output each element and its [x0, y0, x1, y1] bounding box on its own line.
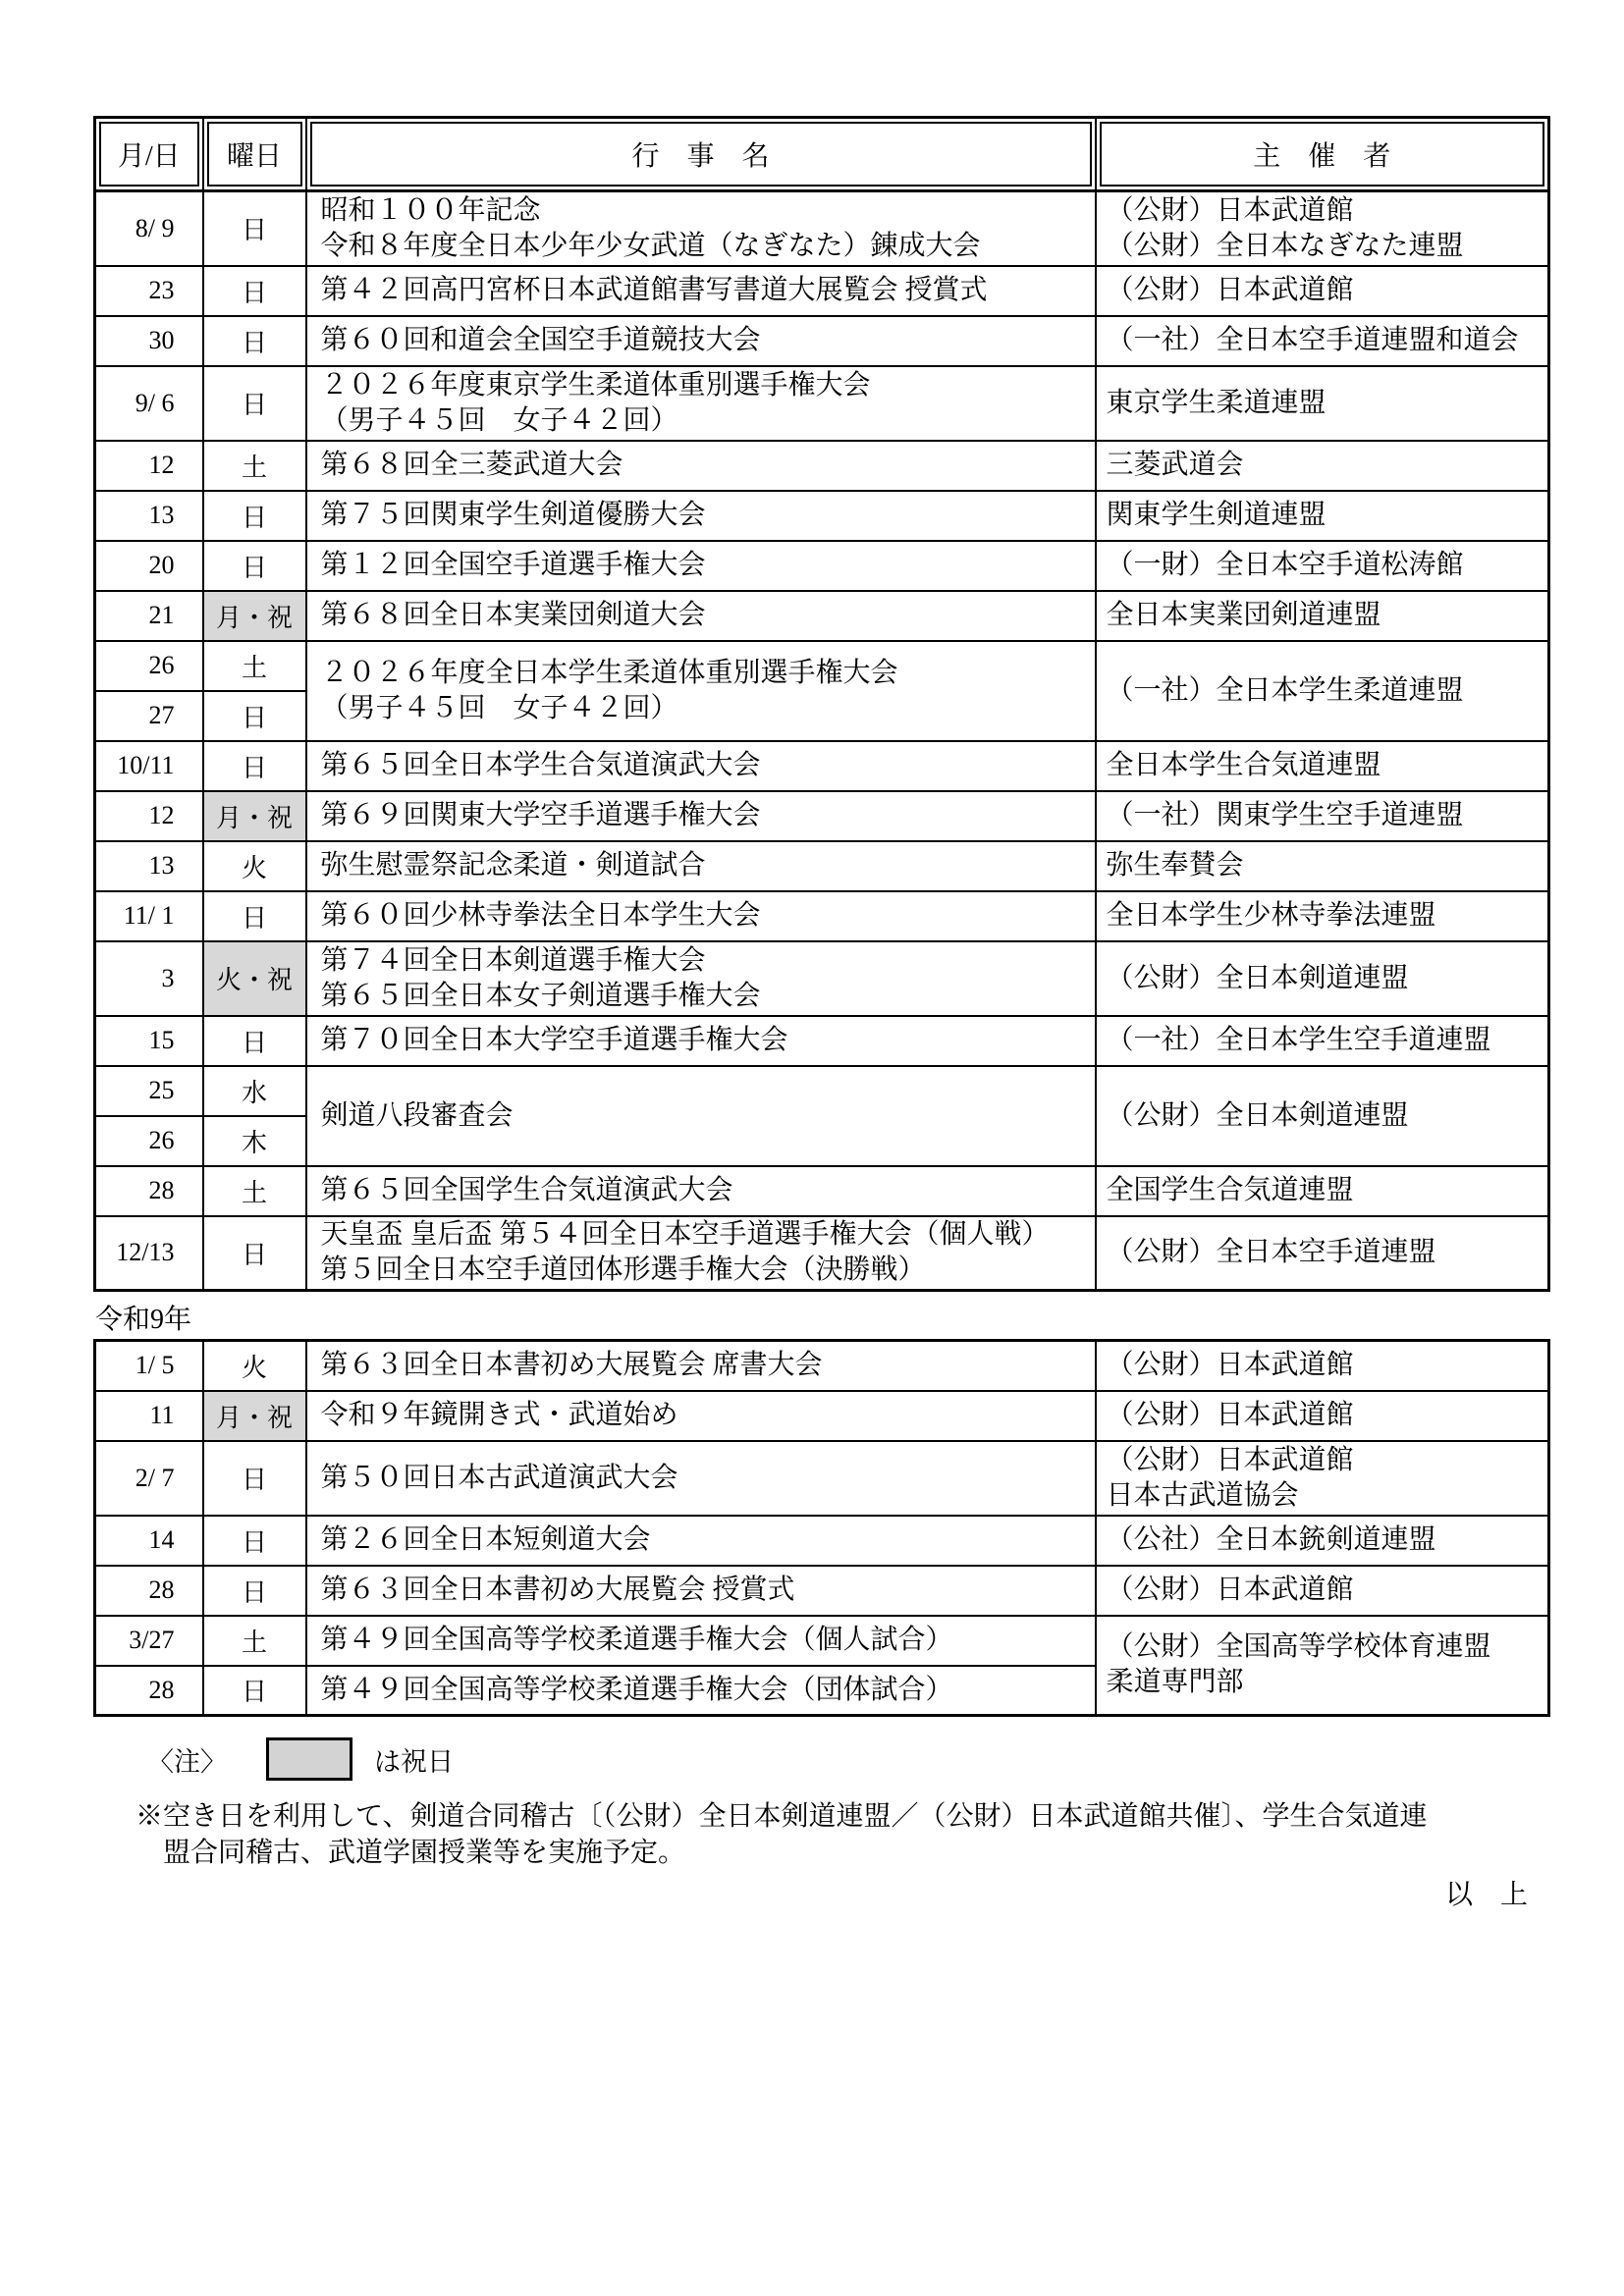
day-cell: 日 [203, 1566, 306, 1616]
table-row: 13火弥生慰霊祭記念柔道・剣道試合弥生奉賛会 [95, 841, 1549, 891]
day-cell: 日 [203, 1441, 306, 1516]
day-cell: 水 [203, 1066, 306, 1116]
organizer-cell: 弥生奉賛会 [1096, 841, 1549, 891]
day-cell: 土 [203, 1166, 306, 1216]
holiday-color-swatch [266, 1737, 352, 1781]
closing-text: 以 上 [93, 1873, 1547, 1912]
date-cell: 13 [95, 841, 203, 891]
header-event: 行 事 名 [306, 118, 1096, 191]
date-cell: 12/13 [95, 1216, 203, 1291]
date-cell: 28 [95, 1566, 203, 1616]
table-row: 2/ 7日第５０回日本古武道演武大会（公財）日本武道館日本古武道協会 [95, 1441, 1549, 1516]
table-row: 25水剣道八段審査会（公財）全日本剣道連盟 [95, 1066, 1549, 1116]
day-cell-holiday: 月・祝 [203, 1391, 306, 1441]
day-cell-holiday: 月・祝 [203, 791, 306, 841]
table-row: 13日第７５回関東学生剣道優勝大会関東学生剣道連盟 [95, 491, 1549, 541]
day-cell: 土 [203, 641, 306, 691]
organizer-cell: （公社）全日本銃剣道連盟 [1096, 1516, 1549, 1566]
day-cell-holiday: 火・祝 [203, 941, 306, 1016]
organizer-cell: （公財）日本武道館 [1096, 1341, 1549, 1391]
footnote-line: ※空き日を利用して、剣道合同稽古〔（公財）全日本剣道連盟／（公財）日本武道館共催… [135, 1798, 1427, 1835]
event-cell: 第６３回全日本書初め大展覧会 席書大会 [306, 1341, 1096, 1391]
day-cell: 日 [203, 1216, 306, 1291]
table-row: 28日第６３回全日本書初め大展覧会 授賞式（公財）日本武道館 [95, 1566, 1549, 1616]
event-cell: 第６９回関東大学空手道選手権大会 [306, 791, 1096, 841]
legend-note-label: 〈注〉 [147, 1740, 227, 1779]
date-cell: 28 [95, 1166, 203, 1216]
date-cell: 20 [95, 541, 203, 591]
table-row: 9/ 6日２０２６年度東京学生柔道体重別選手権大会（男子４５回 女子４２回）東京… [95, 366, 1549, 441]
date-cell: 1/ 5 [95, 1341, 203, 1391]
organizer-cell: （公財）日本武道館日本古武道協会 [1096, 1441, 1549, 1516]
organizer-cell: 東京学生柔道連盟 [1096, 366, 1549, 441]
day-cell: 日 [203, 1516, 306, 1566]
event-cell: 第４９回全国高等学校柔道選手権大会（団体試合） [306, 1666, 1096, 1716]
table-row: 28土第６５回全国学生合気道演武大会全国学生合気道連盟 [95, 1166, 1549, 1216]
footnote: ※空き日を利用して、剣道合同稽古〔（公財）全日本剣道連盟／（公財）日本武道館共催… [135, 1798, 1427, 1871]
day-cell: 日 [203, 891, 306, 941]
header-row: 月/日 曜日 行 事 名 主 催 者 [95, 118, 1549, 191]
table-row: 12/13日天皇盃 皇后盃 第５４回全日本空手道選手権大会（個人戦）第５回全日本… [95, 1216, 1549, 1291]
event-cell: 昭和１００年記念令和８年度全日本少年少女武道（なぎなた）錬成大会 [306, 191, 1096, 266]
table-row: 3/27土第４９回全国高等学校柔道選手権大会（個人試合）（公財）全国高等学校体育… [95, 1616, 1549, 1666]
organizer-cell: 関東学生剣道連盟 [1096, 491, 1549, 541]
section-label-reiwa9: 令和9年 [95, 1298, 191, 1337]
event-cell: 第２６回全日本短剣道大会 [306, 1516, 1096, 1566]
event-cell: 令和９年鏡開き式・武道始め [306, 1391, 1096, 1441]
organizer-cell: （一社）全日本空手道連盟和道会 [1096, 316, 1549, 366]
day-cell: 火 [203, 1341, 306, 1391]
day-cell: 日 [203, 741, 306, 791]
date-cell: 15 [95, 1016, 203, 1066]
event-cell: 第６０回和道会全国空手道競技大会 [306, 316, 1096, 366]
date-cell: 12 [95, 791, 203, 841]
event-cell: 第６０回少林寺拳法全日本学生大会 [306, 891, 1096, 941]
table-row: 15日第７０回全日本大学空手道選手権大会（一社）全日本学生空手道連盟 [95, 1016, 1549, 1066]
organizer-cell: 全日本実業団剣道連盟 [1096, 591, 1549, 641]
date-cell: 27 [95, 691, 203, 741]
day-cell: 火 [203, 841, 306, 891]
date-cell: 10/11 [95, 741, 203, 791]
organizer-cell: （公財）全日本剣道連盟 [1096, 1066, 1549, 1166]
date-cell: 30 [95, 316, 203, 366]
date-cell: 11/ 1 [95, 891, 203, 941]
table-row: 3火・祝第７４回全日本剣道選手権大会第６５回全日本女子剣道選手権大会（公財）全日… [95, 941, 1549, 1016]
date-cell: 11 [95, 1391, 203, 1441]
organizer-cell: （公財）全日本剣道連盟 [1096, 941, 1549, 1016]
event-cell: 第４９回全国高等学校柔道選手権大会（個人試合） [306, 1616, 1096, 1666]
organizer-cell: 全国学生合気道連盟 [1096, 1166, 1549, 1216]
table-row: 8/ 9日昭和１００年記念令和８年度全日本少年少女武道（なぎなた）錬成大会（公財… [95, 191, 1549, 266]
day-cell: 木 [203, 1116, 306, 1166]
event-cell: 第５０回日本古武道演武大会 [306, 1441, 1096, 1516]
table-row: 26土２０２６年度全日本学生柔道体重別選手権大会（男子４５回 女子４２回）（一社… [95, 641, 1549, 691]
event-cell: 第７０回全日本大学空手道選手権大会 [306, 1016, 1096, 1066]
date-cell: 9/ 6 [95, 366, 203, 441]
date-cell: 13 [95, 491, 203, 541]
date-cell: 2/ 7 [95, 1441, 203, 1516]
document-page: 月/日 曜日 行 事 名 主 催 者 8/ 9日昭和１００年記念令和８年度全日本… [0, 0, 1624, 2296]
day-cell: 日 [203, 1016, 306, 1066]
day-cell: 日 [203, 541, 306, 591]
table-row: 12土第６８回全三菱武道大会三菱武道会 [95, 441, 1549, 491]
organizer-cell: （一社）全日本学生柔道連盟 [1096, 641, 1549, 741]
day-cell: 日 [203, 691, 306, 741]
organizer-cell: 全日本学生合気道連盟 [1096, 741, 1549, 791]
day-cell: 土 [203, 441, 306, 491]
day-cell: 日 [203, 491, 306, 541]
event-cell: 第６８回全日本実業団剣道大会 [306, 591, 1096, 641]
date-cell: 3/27 [95, 1616, 203, 1666]
organizer-cell: （公財）日本武道館 [1096, 266, 1549, 316]
event-cell: 天皇盃 皇后盃 第５４回全日本空手道選手権大会（個人戦）第５回全日本空手道団体形… [306, 1216, 1096, 1291]
holiday-legend: 〈注〉 は祝日 [147, 1737, 454, 1781]
header-organizer: 主 催 者 [1096, 118, 1549, 191]
legend-text: は祝日 [374, 1740, 454, 1779]
event-cell: 第４２回高円宮杯日本武道館書写書道大展覧会 授賞式 [306, 266, 1096, 316]
day-cell: 日 [203, 316, 306, 366]
event-cell: 弥生慰霊祭記念柔道・剣道試合 [306, 841, 1096, 891]
event-cell: 第６５回全国学生合気道演武大会 [306, 1166, 1096, 1216]
organizer-cell: （公財）全国高等学校体育連盟柔道専門部 [1096, 1616, 1549, 1716]
table-row: 12月・祝第６９回関東大学空手道選手権大会（一社）関東学生空手道連盟 [95, 791, 1549, 841]
date-cell: 12 [95, 441, 203, 491]
table-row: 11月・祝令和９年鏡開き式・武道始め（公財）日本武道館 [95, 1391, 1549, 1441]
organizer-cell: 三菱武道会 [1096, 441, 1549, 491]
organizer-cell: （公財）全日本空手道連盟 [1096, 1216, 1549, 1291]
organizer-cell: （公財）日本武道館（公財）全日本なぎなた連盟 [1096, 191, 1549, 266]
event-cell: 第６３回全日本書初め大展覧会 授賞式 [306, 1566, 1096, 1616]
date-cell: 14 [95, 1516, 203, 1566]
footnote-line: 盟合同稽古、武道学園授業等を実施予定。 [163, 1835, 1427, 1871]
header-day: 曜日 [203, 118, 306, 191]
date-cell: 23 [95, 266, 203, 316]
event-schedule-table-reiwa8: 月/日 曜日 行 事 名 主 催 者 8/ 9日昭和１００年記念令和８年度全日本… [93, 116, 1550, 1292]
event-cell: 第７５回関東学生剣道優勝大会 [306, 491, 1096, 541]
event-cell: ２０２６年度東京学生柔道体重別選手権大会（男子４５回 女子４２回） [306, 366, 1096, 441]
table-row: 30日第６０回和道会全国空手道競技大会（一社）全日本空手道連盟和道会 [95, 316, 1549, 366]
table-row: 1/ 5火第６３回全日本書初め大展覧会 席書大会（公財）日本武道館 [95, 1341, 1549, 1391]
date-cell: 25 [95, 1066, 203, 1116]
event-cell: 第６５回全日本学生合気道演武大会 [306, 741, 1096, 791]
date-cell: 26 [95, 1116, 203, 1166]
organizer-cell: （一財）全日本空手道松涛館 [1096, 541, 1549, 591]
date-cell: 21 [95, 591, 203, 641]
date-cell: 28 [95, 1666, 203, 1716]
table-row: 10/11日第６５回全日本学生合気道演武大会全日本学生合気道連盟 [95, 741, 1549, 791]
event-cell: 第６８回全三菱武道大会 [306, 441, 1096, 491]
date-cell: 8/ 9 [95, 191, 203, 266]
table-row: 21月・祝第６８回全日本実業団剣道大会全日本実業団剣道連盟 [95, 591, 1549, 641]
organizer-cell: （公財）日本武道館 [1096, 1391, 1549, 1441]
day-cell: 土 [203, 1616, 306, 1666]
organizer-cell: （一社）全日本学生空手道連盟 [1096, 1016, 1549, 1066]
event-cell: ２０２６年度全日本学生柔道体重別選手権大会（男子４５回 女子４２回） [306, 641, 1096, 741]
table-row: 14日第２６回全日本短剣道大会（公社）全日本銃剣道連盟 [95, 1516, 1549, 1566]
organizer-cell: （公財）日本武道館 [1096, 1566, 1549, 1616]
day-cell: 日 [203, 366, 306, 441]
date-cell: 3 [95, 941, 203, 1016]
day-cell-holiday: 月・祝 [203, 591, 306, 641]
table-row: 11/ 1日第６０回少林寺拳法全日本学生大会全日本学生少林寺拳法連盟 [95, 891, 1549, 941]
event-cell: 第１２回全国空手道選手権大会 [306, 541, 1096, 591]
event-cell: 第７４回全日本剣道選手権大会第６５回全日本女子剣道選手権大会 [306, 941, 1096, 1016]
day-cell: 日 [203, 1666, 306, 1716]
event-schedule-table-reiwa9: 1/ 5火第６３回全日本書初め大展覧会 席書大会（公財）日本武道館11月・祝令和… [93, 1339, 1550, 1717]
organizer-cell: 全日本学生少林寺拳法連盟 [1096, 891, 1549, 941]
table-row: 20日第１２回全国空手道選手権大会（一財）全日本空手道松涛館 [95, 541, 1549, 591]
table-row: 23日第４２回高円宮杯日本武道館書写書道大展覧会 授賞式（公財）日本武道館 [95, 266, 1549, 316]
day-cell: 日 [203, 266, 306, 316]
header-date: 月/日 [95, 118, 203, 191]
event-cell: 剣道八段審査会 [306, 1066, 1096, 1166]
day-cell: 日 [203, 191, 306, 266]
organizer-cell: （一社）関東学生空手道連盟 [1096, 791, 1549, 841]
date-cell: 26 [95, 641, 203, 691]
